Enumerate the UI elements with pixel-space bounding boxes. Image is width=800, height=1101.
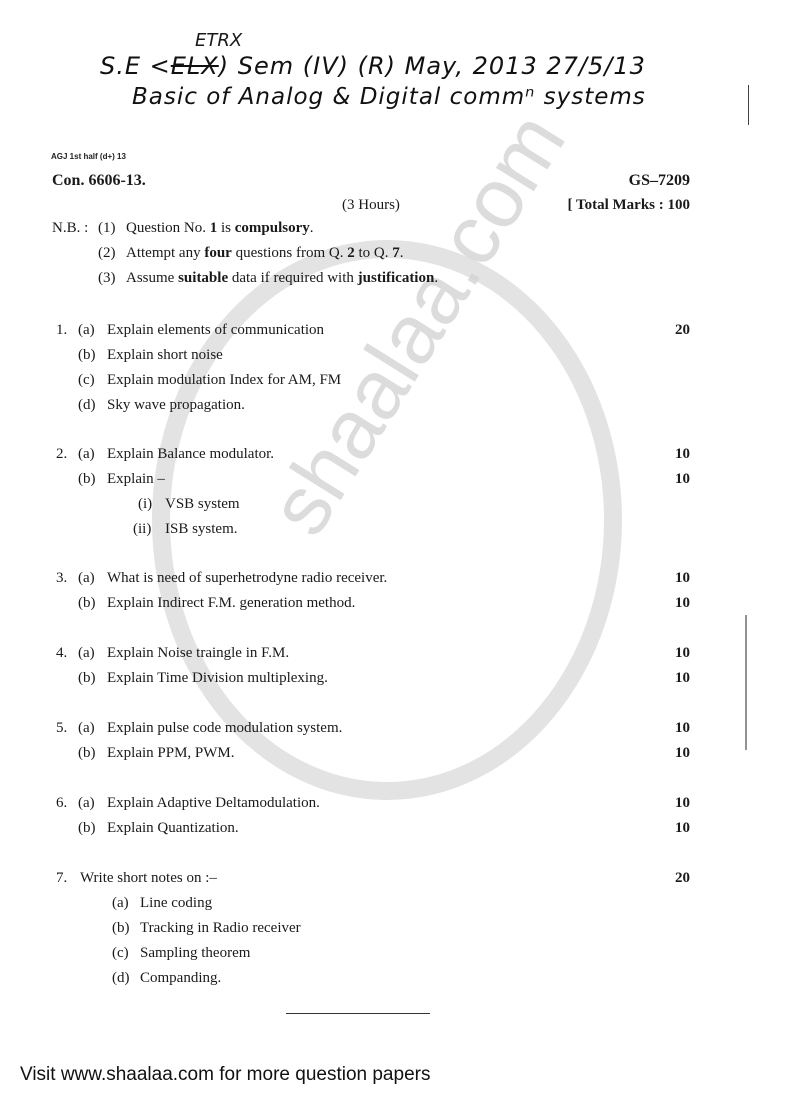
part-label: (a) [78,720,95,737]
part-text: ISB system. [165,521,238,538]
question-number: 1. [56,322,67,339]
nb-note-fragment: Attempt any [126,245,204,261]
part-label: (a) [78,446,95,463]
part-label: (b) [78,347,96,364]
part-marks: 10 [675,670,690,687]
nb-note-number: (3) [98,270,116,287]
nb-note-fragment: to Q. [355,245,393,261]
nb-note-fragment: . [310,220,314,236]
subpart-text: Tracking in Radio receiver [140,920,301,937]
question-number: 6. [56,795,67,812]
handwritten-correction: ETRX [195,30,242,51]
part-marks: 10 [675,820,690,837]
part-label: (i) [138,496,152,513]
handwritten-struck: ELX [171,52,219,80]
part-text: Explain elements of communication [107,322,324,339]
nb-note-fragment: . [400,245,404,261]
nb-label: N.B. : [52,220,88,237]
part-marks: 10 [675,645,690,662]
paper-code-small: AGJ 1st half (d+) 13 [51,152,126,161]
handwritten-prefix: S.E < [100,52,171,80]
footer-text: Visit www.shaalaa.com for more question … [20,1064,430,1086]
part-label: (a) [78,645,95,662]
part-label: (b) [78,745,96,762]
part-text: Explain Indirect F.M. generation method. [107,595,355,612]
part-label: (c) [78,372,95,389]
part-text: Sky wave propagation. [107,397,245,414]
nb-note-text: Assume suitable data if required with ju… [126,270,438,287]
part-text: Explain modulation Index for AM, FM [107,372,341,389]
part-marks: 10 [675,595,690,612]
part-label: (b) [78,820,96,837]
part-text: Explain pulse code modulation system. [107,720,342,737]
nb-note-fragment: Question No. [126,220,210,236]
part-text: Explain Balance modulator. [107,446,274,463]
subpart-label: (b) [112,920,130,937]
nb-note-fragment: suitable [178,270,228,286]
subpart-text: Companding. [140,970,221,987]
part-marks: 10 [675,745,690,762]
question-number: 4. [56,645,67,662]
part-text: What is need of superhetrodyne radio rec… [107,570,387,587]
part-label: (b) [78,595,96,612]
part-label: (a) [78,322,95,339]
nb-note-text: Question No. 1 is compulsory. [126,220,314,237]
part-marks: 10 [675,446,690,463]
part-text: Explain Adaptive Deltamodulation. [107,795,320,812]
part-text: Explain short noise [107,347,223,364]
nb-note-fragment: four [204,245,232,261]
end-divider [286,1013,430,1014]
part-text: Explain Time Division multiplexing. [107,670,328,687]
subpart-text: Line coding [140,895,212,912]
part-label: (ii) [133,521,151,538]
nb-note-fragment: compulsory [235,220,310,236]
part-label: (b) [78,670,96,687]
part-label: (a) [78,570,95,587]
subpart-label: (c) [112,945,129,962]
part-text: Explain Noise traingle in F.M. [107,645,289,662]
nb-note-fragment: justification [358,270,435,286]
question-number: 2. [56,446,67,463]
part-marks: 10 [675,471,690,488]
subpart-label: (d) [112,970,130,987]
part-marks: 10 [675,570,690,587]
nb-note-fragment: 2 [347,245,355,261]
part-marks: 10 [675,795,690,812]
duration: (3 Hours) [342,197,400,214]
handwritten-rest: ) Sem (IV) (R) May, 2013 27/5/13 [219,52,646,80]
part-text: Explain PPM, PWM. [107,745,235,762]
handwritten-stroke [748,85,749,125]
gs-code: GS–7209 [629,172,690,190]
scan-artifact-line [745,615,747,750]
part-label: (a) [78,795,95,812]
nb-note-fragment: is [217,220,235,236]
nb-note-fragment: Assume [126,270,178,286]
subpart-text: Sampling theorem [140,945,250,962]
nb-note-text: Attempt any four questions from Q. 2 to … [126,245,404,262]
question-number: 3. [56,570,67,587]
part-marks: 20 [675,322,690,339]
question-number: 7. [56,870,67,887]
handwritten-line-2: Basic of Analog & Digital commⁿ systems [132,84,646,110]
part-marks: 10 [675,720,690,737]
part-text: VSB system [165,496,240,513]
part-text: Explain – [107,471,165,488]
part-text: Explain Quantization. [107,820,239,837]
part-label: (d) [78,397,96,414]
nb-note-fragment: data if required with [228,270,358,286]
question-marks: 20 [675,870,690,887]
nb-note-fragment: questions from Q. [232,245,347,261]
nb-note-fragment: 7 [392,245,400,261]
nb-note-fragment: . [434,270,438,286]
subpart-label: (a) [112,895,129,912]
nb-note-number: (1) [98,220,116,237]
nb-note-number: (2) [98,245,116,262]
part-label: (b) [78,471,96,488]
total-marks: [ Total Marks : 100 [567,197,690,214]
question-text: Write short notes on :– [80,870,217,887]
handwritten-line-1: S.E <ELX) Sem (IV) (R) May, 2013 27/5/13 [100,52,646,80]
question-number: 5. [56,720,67,737]
con-number: Con. 6606-13. [52,172,146,190]
